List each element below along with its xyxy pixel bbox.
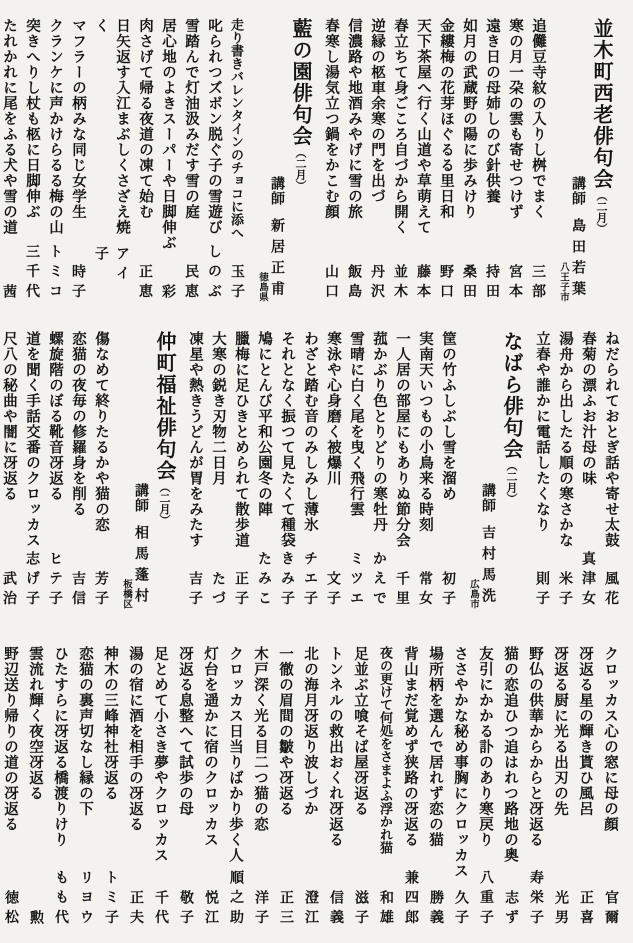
poem-text: 一徹の眉間の皺や冴返る [274, 646, 296, 817]
poem-author: 持田 [481, 264, 502, 304]
section-title: 藍の園俳句会 [289, 18, 311, 147]
poem-text: クロッカス日当りばかり歩く人 [224, 646, 246, 863]
poem-author: 芳子 [90, 571, 111, 611]
poem-text: たれかれに尾をふる犬や雪の道 [0, 18, 19, 235]
poem-text: 恋猫の夜毎の修羅身を削る [67, 331, 88, 517]
poem-author: 勝義 [424, 890, 446, 930]
poem-author: 正喜 [574, 890, 596, 930]
poem-text: 北の海月冴返り波しづか [299, 646, 321, 817]
poem-text: それとなく振つて見たくて種袋 [276, 331, 297, 548]
poem-author: 正夫 [124, 890, 146, 930]
poem-author: 風花 [600, 571, 621, 611]
poem-author: 千代 [149, 890, 171, 930]
poem-column: それとなく振つて見たくて種袋きみ子 [276, 331, 297, 611]
poem-column: 足並ぶ立喰そば屋冴返る滋子 [349, 646, 371, 930]
poem-text: 日矢返す入江まぶしくさざえ焼く [90, 18, 132, 246]
poem-column: 居心地のよきスーパーや日脚伸ぶ彩 [157, 18, 178, 304]
poem-column: クロッカス日当りばかり歩く人順之助 [224, 646, 246, 930]
strip-bottom: クロッカス心の窓に母の顔官爾冴返る星の輝き貰ひ風呂正喜冴返る厨に光る出刃の先光男… [0, 646, 621, 930]
poem-text: 夜の更けて何処をさまよふ浮かれ猫 [374, 646, 396, 854]
lecturer-place: 広島市 [467, 579, 478, 609]
poem-text: ねだられておとぎ話や寄せ太鼓 [600, 331, 621, 548]
poem-text: 灯台を遥かに宿のクロッカス [199, 646, 221, 848]
poem-text: 菰かぶり色とりどりの寒牡丹 [368, 331, 389, 533]
poem-column: 傷なめて終りたるかや猫の恋芳子 [90, 331, 111, 611]
poem-author: 桑田 [458, 264, 479, 304]
section-title-line: 並木町西老俳句会（二月） [587, 18, 614, 234]
poem-author: 千里 [391, 571, 412, 611]
poem-column: 寒泳や心身磨く被爆川文子 [322, 331, 343, 611]
poem-column: 野仏の供華からからと冴返る寿栄子 [524, 646, 546, 930]
poem-column: 凍星や熱きうどんが胃をみたす吉子 [184, 331, 205, 611]
poem-text: 神木の三峰神社冴返る [99, 646, 121, 801]
poem-author: 吉子 [184, 571, 205, 611]
lecturer-label: 講師 [480, 483, 495, 513]
poem-column: 大寒の鋭き刃物二日月たづ [207, 331, 228, 611]
poem-text: 寒の月一朶の雲も寄せつけず [504, 18, 525, 220]
poem-text: 冴返る星の輝き貰ひ風呂 [574, 646, 596, 817]
poem-text: 追儺豆寺紋の入りし桝でまく [527, 18, 548, 220]
poem-author: 文子 [322, 571, 343, 611]
poem-text: ささやかな秘め事胸にクロッカス [449, 646, 471, 879]
poem-text: 春菊の漂ふお汁母の味 [577, 331, 598, 486]
poem-author: リヨウ [74, 870, 96, 930]
poem-text: 大寒の鋭き刃物二日月 [207, 331, 228, 486]
poem-text: 恋猫の裏声切なし縁の下 [74, 646, 96, 817]
lecturer-line: 講師新居正甫 [267, 176, 286, 302]
poem-text: 信濃路や地酒みやげに雪の旅 [343, 18, 364, 220]
poem-author: 彩 [157, 284, 178, 304]
poem-column: わざと踏む音のみしみし薄氷チエ子 [299, 331, 320, 611]
poem-author: トミ子 [99, 870, 121, 930]
poem-text: 野辺送り帰りの道の冴返る [0, 646, 21, 832]
poem-author: 兼四郎 [399, 870, 421, 930]
poem-column: 冴返る厨に光る出刃の先光男 [549, 646, 571, 930]
section-title-line: 藍の園俳句会（二月） [286, 18, 313, 191]
poem-text: 湯の宿に酒を相手の冴返る [124, 646, 146, 832]
poem-column: ささやかな秘め事胸にクロッカス久子 [449, 646, 471, 930]
section-title-block: 仲町福祉俳句会（二月）講師相馬蓬村板橋区 [120, 331, 177, 611]
poem-author: 宮本 [504, 264, 525, 304]
poem-author: 和雄 [374, 890, 396, 930]
poem-text: 螺旋階のぼる靴音冴返る [44, 331, 65, 502]
poem-text: 一人居の部屋にもありぬ節分会 [391, 331, 412, 548]
poem-text: 雲流れ輝く夜空冴返る [24, 646, 46, 801]
strip-top: 並木町西老俳句会（二月）講師島田若葉八王子市追儺豆寺紋の入りし桝でまく三部寒の月… [0, 18, 621, 304]
poem-author: 並木 [389, 264, 410, 304]
poem-text: クロッカス心の窓に母の顔 [599, 646, 621, 832]
poem-author: 久子 [449, 890, 471, 930]
poem-column: 実南天いつもの小鳥来る時刻常女 [414, 331, 435, 611]
poem-author: たづ [207, 571, 228, 611]
poem-column: クロッカス心の窓に母の顔官爾 [599, 646, 621, 930]
poem-column: 寒の月一朶の雲も寄せつけず宮本 [504, 18, 525, 304]
poem-column: 恋猫の裏声切なし縁の下リヨウ [74, 646, 96, 930]
poem-author: 志げ子 [21, 551, 42, 611]
poem-column: 一人居の部屋にもありぬ節分会千里 [391, 331, 412, 611]
poem-text: マフラーの柄みな同じ女学生 [67, 18, 88, 220]
poem-text: 如月の武蔵野の陽に歩みけり [458, 18, 479, 220]
poem-author: 順之助 [224, 870, 246, 930]
section-month: （二月） [595, 190, 607, 234]
poem-text: クランケに声かけらるる梅の山 [44, 18, 65, 235]
poem-column: クランケに声かけらるる梅の山トミコ [44, 18, 65, 304]
section-month: （二月） [505, 460, 517, 504]
poem-column: 突きへりし杖も柩に日脚伸ぶ三千代 [21, 18, 42, 304]
poem-column: 場所柄を選んで居れず恋の猫勝義 [424, 646, 446, 930]
lecturer-place: 徳島県 [256, 272, 267, 302]
poem-column: 木戸深く光る目二つ猫の恋洋子 [249, 646, 271, 930]
poem-column: 走り書きバレンタインのチョコに添へ玉子 [226, 18, 247, 304]
section-title-line: なばら俳句会（二月） [497, 331, 524, 504]
poem-column: 菰かぶり色とりどりの寒牡丹かえで [368, 331, 389, 611]
poem-text: 実南天いつもの小鳥来る時刻 [414, 331, 435, 533]
poem-text: 金縷梅の花芽ほぐるる里日和 [435, 18, 456, 220]
poem-text: 天下茶屋へ行く山道や草萌えて [412, 18, 433, 235]
poem-text: 傷なめて終りたるかや猫の恋 [90, 331, 111, 533]
lecturer-line: 講師島田若葉 [568, 176, 587, 302]
poem-column: 冴返る息整へて試歩の母敬子 [174, 646, 196, 930]
poem-author: 丹沢 [366, 264, 387, 304]
haiku-newspaper-page: 並木町西老俳句会（二月）講師島田若葉八王子市追儺豆寺紋の入りし桝でまく三部寒の月… [0, 0, 633, 943]
poem-author: 光男 [549, 890, 571, 930]
section-title-block: 並木町西老俳句会（二月）講師島田若葉八王子市 [557, 18, 614, 304]
poem-column: 雪踏んで灯油汲みだす雪の庭民恵 [180, 18, 201, 304]
poem-author: 野口 [435, 264, 456, 304]
poem-column: マフラーの柄みな同じ女学生時子 [67, 18, 88, 304]
poem-author: たみこ [253, 551, 274, 611]
poem-text: 寒泳や心身磨く被爆川 [322, 331, 343, 486]
poem-author: 飯島 [343, 264, 364, 304]
poem-text: 背山まだ覚めず狭路の冴返る [399, 646, 421, 848]
poem-column: 立春や誰かに電話したくなり則子 [531, 331, 552, 611]
poem-column: 北の海月冴返り波しづか澄江 [299, 646, 321, 930]
poem-text: 肉さげて帰る夜道の凍て始む [134, 18, 155, 220]
poem-text: 雪踏んで灯油汲みだす雪の庭 [180, 18, 201, 220]
poem-text: 凍星や熱きうどんが胃をみたす [184, 331, 205, 548]
lecturer-place: 板橋区 [120, 579, 131, 609]
poem-column: 春菊の漂ふお汁母の味真津女 [577, 331, 598, 611]
poem-text: わざと踏む音のみしみし薄氷 [299, 331, 320, 533]
poem-author: 三千代 [21, 244, 42, 304]
poem-column: 冴返る星の輝き貰ひ風呂正喜 [574, 646, 596, 930]
poem-author: 常女 [414, 571, 435, 611]
section-month: （二月） [158, 482, 170, 526]
poem-column: 如月の武蔵野の陽に歩みけり桑田 [458, 18, 479, 304]
section-title-block: 藍の園俳句会（二月）講師新居正甫徳島県 [256, 18, 313, 304]
poem-text: 立春や誰かに電話したくなり [531, 331, 552, 533]
lecturer-label: 講師 [269, 176, 284, 206]
poem-column: 叱られつズボン脱ぐ子の雪遊びしのぶ [203, 18, 224, 304]
poem-column: 臘梅に足ひきとめられて散歩道正子 [230, 331, 251, 611]
poem-column: 遠き日の母姉しのび針供養持田 [481, 18, 502, 304]
poem-column: 天下茶屋へ行く山道や草萌えて藤本 [412, 18, 433, 304]
section-title: 並木町西老俳句会 [590, 18, 612, 190]
poem-column: 雪晴に白く尾を曳く飛行雲ミツエ [345, 331, 366, 611]
lecturer-line: 講師相馬蓬村 [131, 483, 150, 609]
poem-column: 湯の宿に酒を相手の冴返る正夫 [124, 646, 146, 930]
poem-author: 時子 [67, 264, 88, 304]
strip-middle: ねだられておとぎ話や寄せ太鼓風花春菊の漂ふお汁母の味真津女湯舟から出したる順の寒… [0, 331, 621, 611]
lecturer-label: 講師 [133, 483, 148, 513]
section-title-block: なばら俳句会（二月）講師吉村馬洗広島市 [467, 331, 524, 611]
poem-column: 筐の竹ふしぶし雪を溜め初子 [437, 331, 458, 611]
poem-column: 雲流れ輝く夜空冴返る勲 [24, 646, 46, 930]
poem-author: 信義 [324, 890, 346, 930]
poem-text: ひたすらに冴返る橋渡りけり [49, 646, 71, 848]
poem-author: もも代 [49, 870, 71, 930]
poem-author: アイ子 [90, 246, 132, 304]
poem-author: かえで [368, 551, 389, 611]
lecturer-name: 吉村馬洗 [480, 525, 495, 609]
poem-text: トンネルの救出おくれ冴返る [324, 646, 346, 848]
lecturer-label: 講師 [570, 176, 585, 206]
poem-column: 日矢返す入江まぶしくさざえ焼くアイ子 [90, 18, 132, 304]
section-title-line: 仲町福祉俳句会（二月） [150, 331, 177, 526]
poem-text: 木戸深く光る目二つ猫の恋 [249, 646, 271, 832]
poem-text: 春寒し湯気立つ鍋をかこむ顔 [320, 18, 341, 220]
section-title: 仲町福祉俳句会 [153, 331, 175, 482]
poem-text: 尺八の秘曲や闇に冴返る [0, 331, 19, 502]
poem-author: 茜 [0, 284, 19, 304]
poem-author: 八重子 [474, 870, 496, 930]
lecturer-name: 島田若葉 [570, 218, 585, 302]
poem-column: 背山まだ覚めず狭路の冴返る兼四郎 [399, 646, 421, 930]
poem-author: 藤本 [412, 264, 433, 304]
poem-author: きみ子 [276, 551, 297, 611]
poem-author: 悦江 [199, 890, 221, 930]
poem-text: 筐の竹ふしぶし雪を溜め [437, 331, 458, 502]
poem-text: 道を聞く手話交番のクロッカス [21, 331, 42, 548]
poem-column: トンネルの救出おくれ冴返る信義 [324, 646, 346, 930]
poem-author: 吉信 [67, 571, 88, 611]
poem-author: 正子 [230, 571, 251, 611]
poem-column: たれかれに尾をふる犬や雪の道茜 [0, 18, 19, 304]
poem-text: 場所柄を選んで居れず恋の猫 [424, 646, 446, 848]
poem-column: 友引にかかる訃のあり寒戻り八重子 [474, 646, 496, 930]
poem-text: 春立ちて身ごころ自づから開く [389, 18, 410, 235]
poem-text: 逆縁の柩車余寒の門を出づ [366, 18, 387, 204]
poem-text: 野仏の供華からからと冴返る [524, 646, 546, 848]
poem-column: ねだられておとぎ話や寄せ太鼓風花 [600, 331, 621, 611]
poem-author: 徳松 [0, 890, 21, 930]
poem-column: 螺旋階のぼる靴音冴返るヒテ子 [44, 331, 65, 611]
poem-author: 勲 [24, 910, 46, 930]
poem-author: 米子 [554, 571, 575, 611]
poem-author: トミコ [44, 244, 65, 304]
poem-column: 春寒し湯気立つ鍋をかこむ顔山口 [320, 18, 341, 304]
poem-column: 逆縁の柩車余寒の門を出づ丹沢 [366, 18, 387, 304]
poem-author: 滋子 [349, 890, 371, 930]
poem-author: 三部 [527, 264, 548, 304]
poem-column: 尺八の秘曲や闇に冴返る武治 [0, 331, 19, 611]
poem-text: 居心地のよきスーパーや日脚伸ぶ [157, 18, 178, 251]
section-month: （二月） [294, 147, 306, 191]
poem-author: 寿栄子 [524, 870, 546, 930]
poem-author: 敬子 [174, 890, 196, 930]
poem-text: 湯舟から出したる順の寒さかな [554, 331, 575, 548]
poem-author: 玉子 [226, 264, 247, 304]
poem-column: 金縷梅の花芽ほぐるる里日和野口 [435, 18, 456, 304]
poem-author: チエ子 [299, 551, 320, 611]
poem-author: しのぶ [203, 244, 224, 304]
poem-text: 冴返る厨に光る出刃の先 [549, 646, 571, 817]
poem-text: 猫の恋追ひつ追はれつ路地の奥 [499, 646, 521, 863]
poem-column: 灯台を遥かに宿のクロッカス悦江 [199, 646, 221, 930]
poem-text: 冴返る息整へて試歩の母 [174, 646, 196, 817]
poem-author: ヒテ子 [44, 551, 65, 611]
poem-text: 突きへりし杖も柩に日脚伸ぶ [21, 18, 42, 220]
poem-author: 正恵 [134, 264, 155, 304]
poem-text: 足並ぶ立喰そば屋冴返る [349, 646, 371, 817]
poem-column: 湯舟から出したる順の寒さかな米子 [554, 331, 575, 611]
poem-author: 民恵 [180, 264, 201, 304]
poem-column: 神木の三峰神社冴返るトミ子 [99, 646, 121, 930]
poem-column: 春立ちて身ごころ自づから開く並木 [389, 18, 410, 304]
poem-author: 則子 [531, 571, 552, 611]
poem-author: 澄江 [299, 890, 321, 930]
poem-column: 追儺豆寺紋の入りし桝でまく三部 [527, 18, 548, 304]
poem-column: 肉さげて帰る夜道の凍て始む正恵 [134, 18, 155, 304]
poem-text: 走り書きバレンタインのチョコに添へ [226, 18, 247, 239]
poem-author: ミツエ [345, 551, 366, 611]
poem-text: 臘梅に足ひきとめられて散歩道 [230, 331, 251, 548]
poem-author: 武治 [0, 571, 19, 611]
section-title: なばら俳句会 [500, 331, 522, 460]
poem-text: 叱られつズボン脱ぐ子の雪遊び [203, 18, 224, 235]
poem-text: 足とめて小さき夢やクロッカス [149, 646, 171, 863]
poem-text: 雪晴に白く尾を曳く飛行雲 [345, 331, 366, 517]
poem-author: 官爾 [599, 890, 621, 930]
poem-author: 洋子 [249, 890, 271, 930]
poem-text: 遠き日の母姉しのび針供養 [481, 18, 502, 204]
lecturer-name: 新居正甫 [269, 218, 284, 302]
poem-column: 足とめて小さき夢やクロッカス千代 [149, 646, 171, 930]
poem-author: 山口 [320, 264, 341, 304]
poem-column: 一徹の眉間の皺や冴返る正三 [274, 646, 296, 930]
poem-column: 信濃路や地酒みやげに雪の旅飯島 [343, 18, 364, 304]
lecturer-line: 講師吉村馬洗 [478, 483, 497, 609]
poem-column: 野辺送り帰りの道の冴返る徳松 [0, 646, 21, 930]
poem-column: 恋猫の夜毎の修羅身を削る吉信 [67, 331, 88, 611]
poem-text: 鳩にとんび平和公園冬の陣 [253, 331, 274, 517]
lecturer-place: 八王子市 [557, 262, 568, 302]
poem-column: ひたすらに冴返る橋渡りけりもも代 [49, 646, 71, 930]
lecturer-name: 相馬蓬村 [133, 525, 148, 609]
poem-column: 道を聞く手話交番のクロッカス志げ子 [21, 331, 42, 611]
poem-author: 真津女 [577, 551, 598, 611]
poem-column: 鳩にとんび平和公園冬の陣たみこ [253, 331, 274, 611]
poem-author: 正三 [274, 890, 296, 930]
poem-column: 猫の恋追ひつ追はれつ路地の奥志ず [499, 646, 521, 930]
poem-column: 夜の更けて何処をさまよふ浮かれ猫和雄 [374, 646, 396, 930]
poem-author: 初子 [437, 571, 458, 611]
poem-text: 友引にかかる訃のあり寒戻り [474, 646, 496, 848]
poem-author: 志ず [499, 890, 521, 930]
